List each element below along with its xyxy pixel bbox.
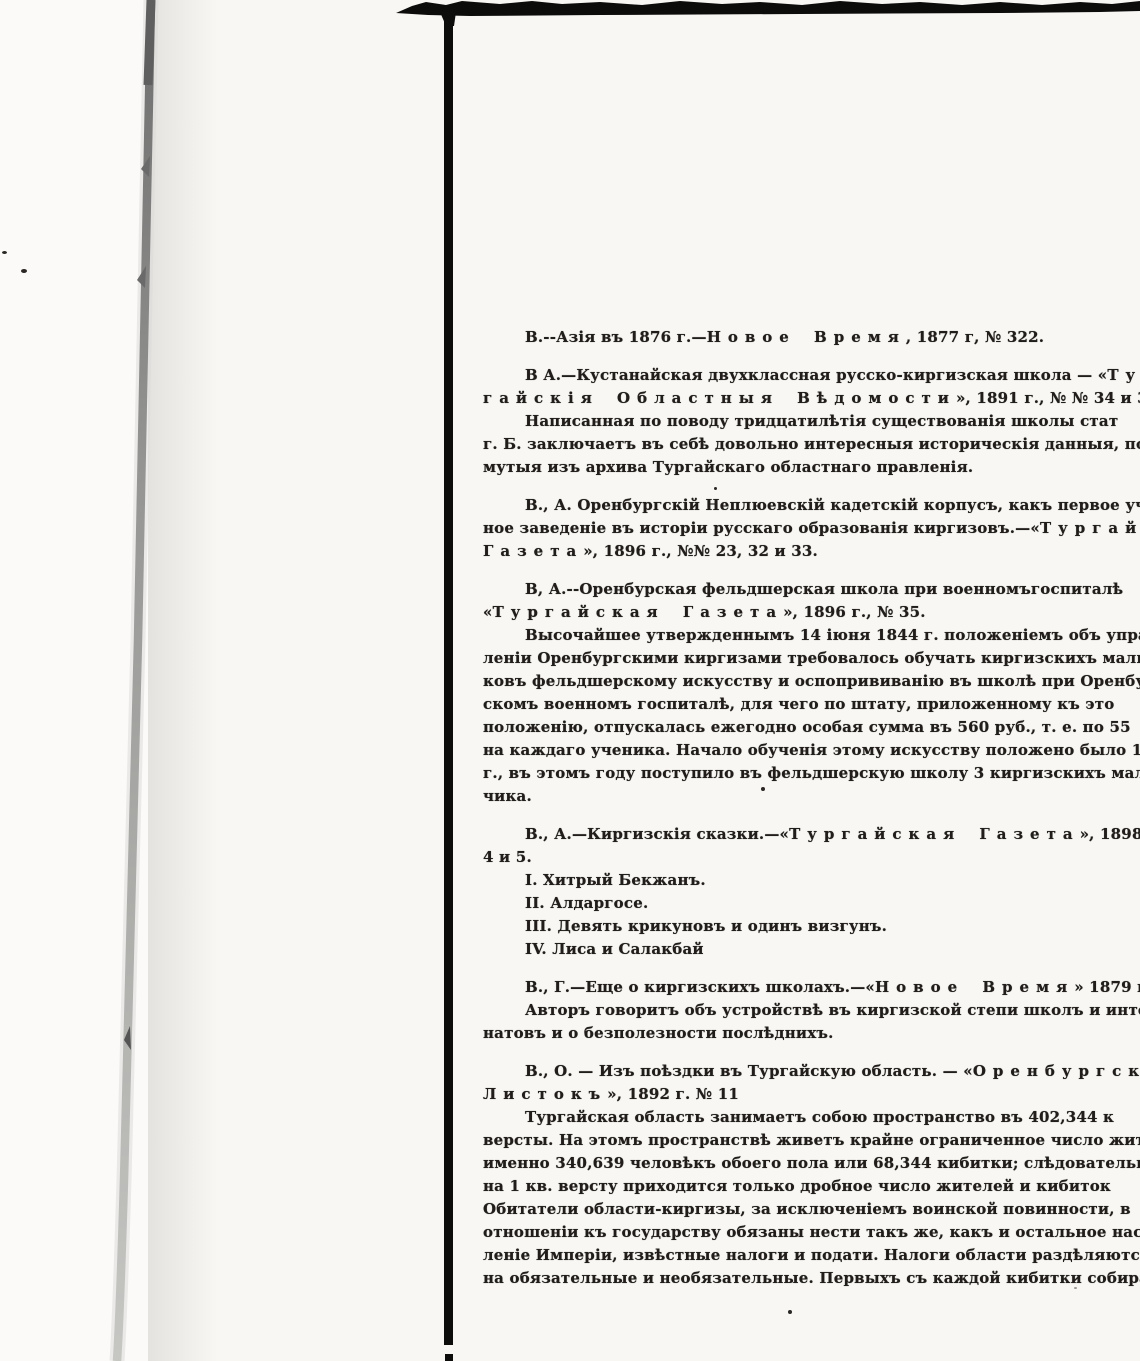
spaced-title-text: гайскія Областныя Вѣдомости bbox=[483, 389, 956, 407]
text-line: В., А.—Киргизскія сказки.—«Тургайская Га… bbox=[483, 823, 1140, 846]
body-text: г. Б. заключаетъ въ себѣ довольно интере… bbox=[483, 435, 1140, 453]
spaced-title-text: Тургайск bbox=[1040, 519, 1140, 537]
body-text: Тургайская область занимаетъ собою прост… bbox=[525, 1108, 1114, 1126]
text-line: Авторъ говоритъ объ устройствѣ въ киргиз… bbox=[483, 999, 1140, 1022]
page-curvature-shade bbox=[148, 0, 218, 1361]
body-text: на каждаго ученика. Начало обученія этом… bbox=[483, 741, 1140, 759]
text-line: именно 340,639 человѣкъ обоего пола или … bbox=[483, 1152, 1140, 1175]
text-line: на каждаго ученика. Начало обученія этом… bbox=[483, 739, 1140, 762]
ink-speck bbox=[2, 251, 7, 254]
page-text-column: В.--Азія въ 1876 г.—Новое Время, 1877 г,… bbox=[483, 326, 1140, 1290]
text-line: В., Г.—Еще о киргизскихъ школахъ.—«Новое… bbox=[483, 976, 1140, 999]
text-line: на обязательные и необязательные. Первых… bbox=[483, 1267, 1140, 1290]
spaced-title-text: Оренбургскі bbox=[973, 1062, 1140, 1080]
spaced-title-text: Новое Время bbox=[707, 328, 906, 346]
text-line: леніи Оренбургскими киргизами требовалос… bbox=[483, 647, 1140, 670]
text-line: II. Алдаргосе. bbox=[483, 892, 1140, 915]
text-line: Написанная по поводу тридцатилѣтія сущес… bbox=[483, 410, 1140, 433]
text-line: ное заведеніе въ исторіи русскаго образо… bbox=[483, 517, 1140, 540]
spaced-title-text: Новое Время bbox=[875, 978, 1074, 996]
spaced-title-text: Тургайская Газета bbox=[493, 603, 783, 621]
ink-speck bbox=[21, 269, 27, 273]
adjacent-page-area bbox=[0, 0, 148, 1361]
body-text: В А.—Кустанайская двухклассная русско-ки… bbox=[525, 366, 1107, 384]
body-text: В., Г.—Еще о киргизскихъ школахъ.—« bbox=[525, 978, 875, 996]
body-text: натовъ и о безполезности послѣднихъ. bbox=[483, 1024, 834, 1042]
body-text: Высочайшее утвержденнымъ 14 іюня 1844 г.… bbox=[525, 626, 1140, 644]
body-text: леніи Оренбургскими киргизами требовалос… bbox=[483, 649, 1140, 667]
spaced-title-text: Ту bbox=[1107, 366, 1140, 384]
body-text: версты. На этомъ пространствѣ живетъ кра… bbox=[483, 1131, 1140, 1149]
body-text: В., А. Оренбургскій Неплюевскій кадетскі… bbox=[525, 496, 1140, 514]
body-text: ковъ фельдшерскому искусству и оспоприви… bbox=[483, 672, 1140, 690]
text-line: Тургайская область занимаетъ собою прост… bbox=[483, 1106, 1140, 1129]
text-line: I. Хитрый Бекжанъ. bbox=[483, 869, 1140, 892]
body-text: 4 и 5. bbox=[483, 848, 532, 866]
body-text: В., А.—Киргизскія сказки.—« bbox=[525, 825, 789, 843]
body-text: на 1 кв. версту приходится только дробно… bbox=[483, 1177, 1111, 1195]
page-edge-black-rule bbox=[440, 10, 456, 1361]
body-text: г., въ этомъ году поступило въ фельдшерс… bbox=[483, 764, 1140, 782]
text-line: IV. Лиса и Салакбай bbox=[483, 938, 1140, 961]
body-text: на обязательные и необязательные. Первых… bbox=[483, 1269, 1140, 1287]
body-text: , 1877 г, № 322. bbox=[906, 328, 1044, 346]
text-line: гайскія Областныя Вѣдомости», 1891 г., №… bbox=[483, 387, 1140, 410]
text-line: «Тургайская Газета», 1896 г., № 35. bbox=[483, 601, 1140, 624]
text-line: В., О. — Изъ поѣздки въ Тургайскую облас… bbox=[483, 1060, 1140, 1083]
text-line: ковъ фельдшерскому искусству и оспоприви… bbox=[483, 670, 1140, 693]
text-line: отношеніи къ государству обязаны нести т… bbox=[483, 1221, 1140, 1244]
text-line: Высочайшее утвержденнымъ 14 іюня 1844 г.… bbox=[483, 624, 1140, 647]
spaced-title-text: Газета bbox=[483, 542, 583, 560]
text-line: на 1 кв. версту приходится только дробно… bbox=[483, 1175, 1140, 1198]
body-text: В, А.--Оренбурская фельдшерская школа пр… bbox=[525, 580, 1123, 598]
body-text: В., О. — Изъ поѣздки въ Тургайскую облас… bbox=[525, 1062, 973, 1080]
text-line: Газета», 1896 г., №№ 23, 32 и 33. bbox=[483, 540, 1140, 563]
body-text: мутыя изъ архива Тургайскаго областнаго … bbox=[483, 458, 973, 476]
body-text: I. Хитрый Бекжанъ. bbox=[525, 871, 706, 889]
body-text: положенію, отпускалась ежегодно особая с… bbox=[483, 718, 1131, 736]
body-text: », 1896 г., № 35. bbox=[783, 603, 926, 621]
text-line: 4 и 5. bbox=[483, 846, 1140, 869]
text-line: Обитатели области-киргизы, за исключеніе… bbox=[483, 1198, 1140, 1221]
text-line: В.--Азія въ 1876 г.—Новое Время, 1877 г,… bbox=[483, 326, 1140, 349]
text-line: чика. bbox=[483, 785, 1140, 808]
body-text: « bbox=[483, 603, 493, 621]
body-text: Написанная по поводу тридцатилѣтія сущес… bbox=[525, 412, 1118, 430]
body-text: скомъ военномъ госпиталѣ, для чего по шт… bbox=[483, 695, 1114, 713]
text-line: мутыя изъ архива Тургайскаго областнаго … bbox=[483, 456, 1140, 479]
text-line: Листокъ», 1892 г. № 11 bbox=[483, 1083, 1140, 1106]
body-text: леніе Имперіи, извѣстные налоги и подати… bbox=[483, 1246, 1140, 1264]
text-line: В, А.--Оренбурская фельдшерская школа пр… bbox=[483, 578, 1140, 601]
body-text: Обитатели области-киргизы, за исключеніе… bbox=[483, 1200, 1131, 1218]
body-text: Авторъ говоритъ объ устройствѣ въ киргиз… bbox=[525, 1001, 1140, 1019]
text-line: г. Б. заключаетъ въ себѣ довольно интере… bbox=[483, 433, 1140, 456]
torn-page-edge-shadow bbox=[396, 1, 1140, 16]
body-text: III. Девять крикуновъ и одинъ визгунъ. bbox=[525, 917, 887, 935]
body-text: IV. Лиса и Салакбай bbox=[525, 940, 704, 958]
text-line: г., въ этомъ году поступило въ фельдшерс… bbox=[483, 762, 1140, 785]
body-text: именно 340,639 человѣкъ обоего пола или … bbox=[483, 1154, 1140, 1172]
text-line: В А.—Кустанайская двухклассная русско-ки… bbox=[483, 364, 1140, 387]
body-text: чика. bbox=[483, 787, 532, 805]
text-line: положенію, отпускалась ежегодно особая с… bbox=[483, 716, 1140, 739]
spaced-title-text: Тургайская Газета bbox=[789, 825, 1079, 843]
body-text: » 1879 г., № 118 bbox=[1074, 978, 1140, 996]
ink-speck bbox=[788, 1310, 792, 1314]
body-text: В.--Азія въ 1876 г.— bbox=[525, 328, 707, 346]
body-text: », 1892 г. № 11 bbox=[607, 1085, 739, 1103]
spaced-title-text: Листокъ bbox=[483, 1085, 607, 1103]
body-text: отношеніи къ государству обязаны нести т… bbox=[483, 1223, 1140, 1241]
text-line: натовъ и о безполезности послѣднихъ. bbox=[483, 1022, 1140, 1045]
scanned-book-page: { "colors": { "paper": "#f8f7f4", "ink":… bbox=[0, 0, 1140, 1361]
body-text: », 1891 г., № № 34 и 36. bbox=[956, 389, 1140, 407]
body-text: », 1898 г., № bbox=[1080, 825, 1140, 843]
body-text: II. Алдаргосе. bbox=[525, 894, 648, 912]
text-line: версты. На этомъ пространствѣ живетъ кра… bbox=[483, 1129, 1140, 1152]
body-text: », 1896 г., №№ 23, 32 и 33. bbox=[583, 542, 818, 560]
text-line: III. Девять крикуновъ и одинъ визгунъ. bbox=[483, 915, 1140, 938]
text-line: скомъ военномъ госпиталѣ, для чего по шт… bbox=[483, 693, 1140, 716]
text-line: В., А. Оренбургскій Неплюевскій кадетскі… bbox=[483, 494, 1140, 517]
text-line: леніе Имперіи, извѣстные налоги и подати… bbox=[483, 1244, 1140, 1267]
body-text: ное заведеніе въ исторіи русскаго образо… bbox=[483, 519, 1040, 537]
